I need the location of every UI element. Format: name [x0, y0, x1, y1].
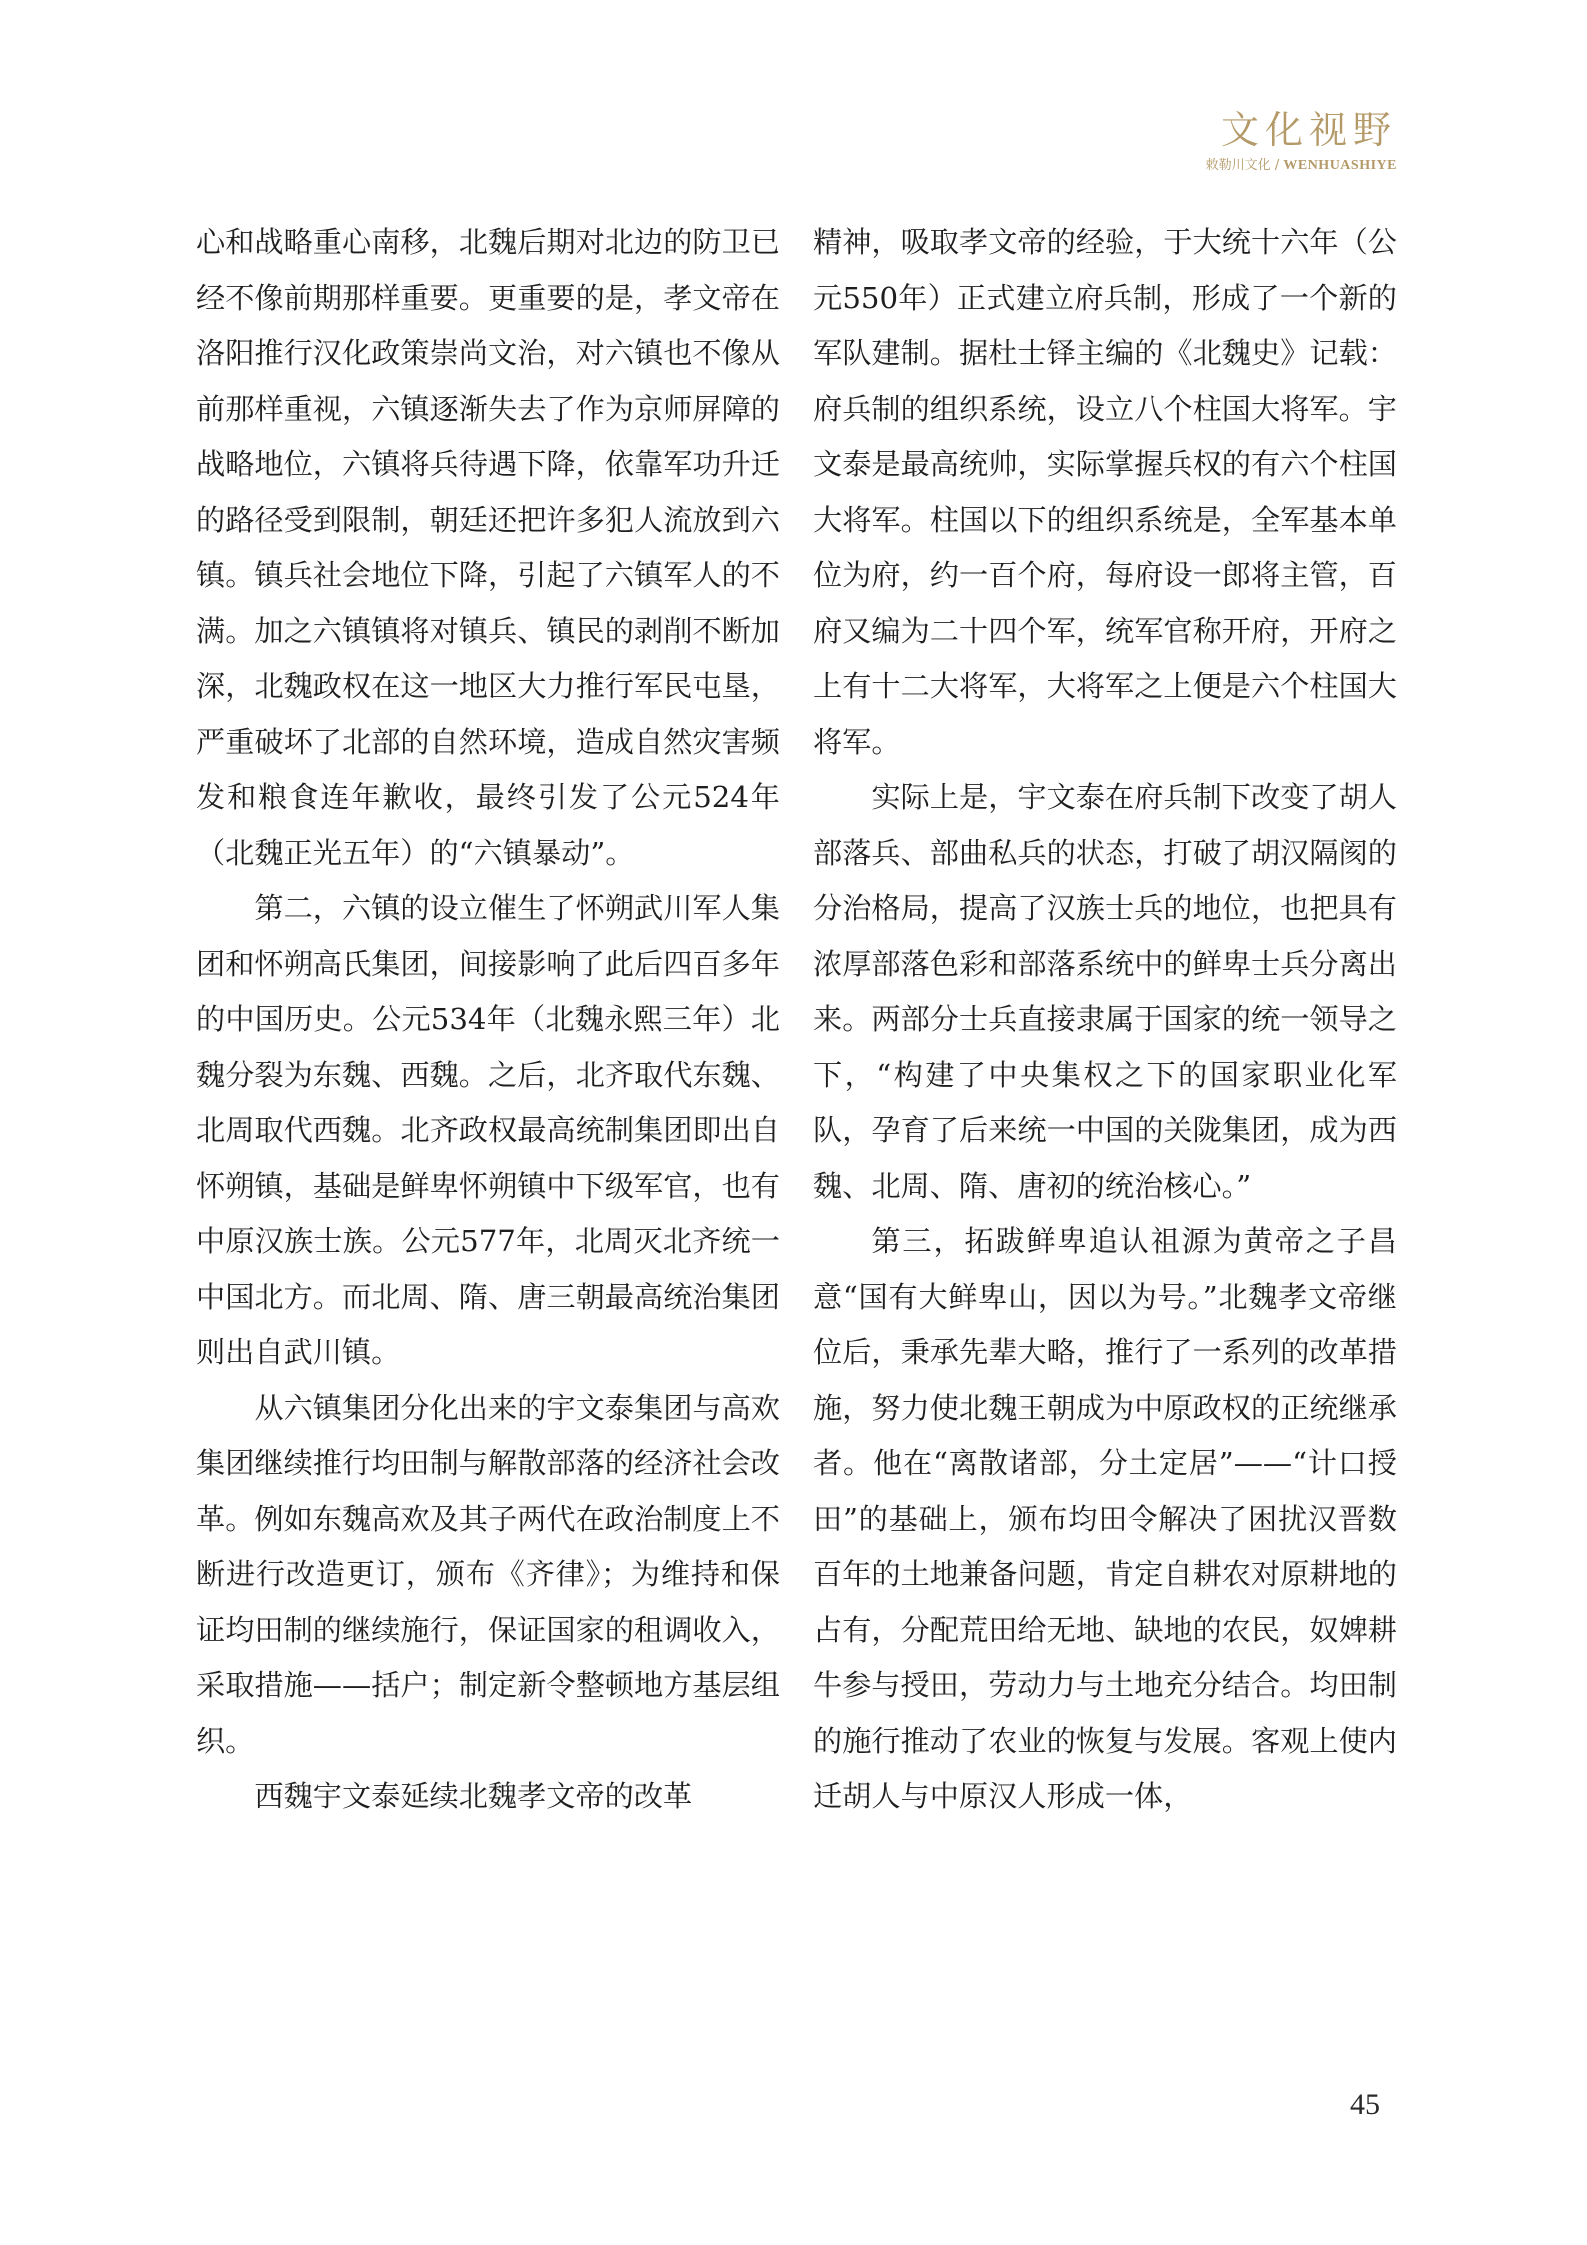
subtitle-en: WENHUASHIYE: [1283, 158, 1397, 173]
paragraph: 西魏宇文泰延续北魏孝文帝的改革: [196, 1769, 780, 1825]
paragraph: 从六镇集团分化出来的宇文泰集团与高欢集团继续推行均田制与解散部落的经济社会改革。…: [196, 1381, 780, 1770]
paragraph: 精神，吸取孝文帝的经验，于大统十六年（公元550年）正式建立府兵制，形成了一个新…: [813, 215, 1397, 770]
paragraph: 第三，拓跋鲜卑追认祖源为黄帝之子昌意“国有大鲜卑山，因以为号。”北魏孝文帝继位后…: [813, 1214, 1397, 1825]
section-title: 文化视野: [1206, 108, 1397, 152]
paragraph: 心和战略重心南移，北魏后期对北边的防卫已经不像前期那样重要。更重要的是，孝文帝在…: [196, 215, 780, 881]
paragraph: 实际上是，宇文泰在府兵制下改变了胡人部落兵、部曲私兵的状态，打破了胡汉隔阂的分治…: [813, 770, 1397, 1214]
paragraph: 第二，六镇的设立催生了怀朔武川军人集团和怀朔高氏集团，间接影响了此后四百多年的中…: [196, 881, 780, 1381]
subtitle-separator: /: [1275, 158, 1279, 173]
subtitle-cn: 敕勒川文化: [1206, 158, 1271, 173]
page-number: 45: [1350, 2088, 1380, 2122]
left-column: 心和战略重心南移，北魏后期对北边的防卫已经不像前期那样重要。更重要的是，孝文帝在…: [196, 215, 780, 1825]
section-header: 文化视野 敕勒川文化 / WENHUASHIYE: [1206, 108, 1397, 176]
section-subtitle: 敕勒川文化 / WENHUASHIYE: [1206, 156, 1397, 176]
right-column: 精神，吸取孝文帝的经验，于大统十六年（公元550年）正式建立府兵制，形成了一个新…: [813, 215, 1397, 1825]
